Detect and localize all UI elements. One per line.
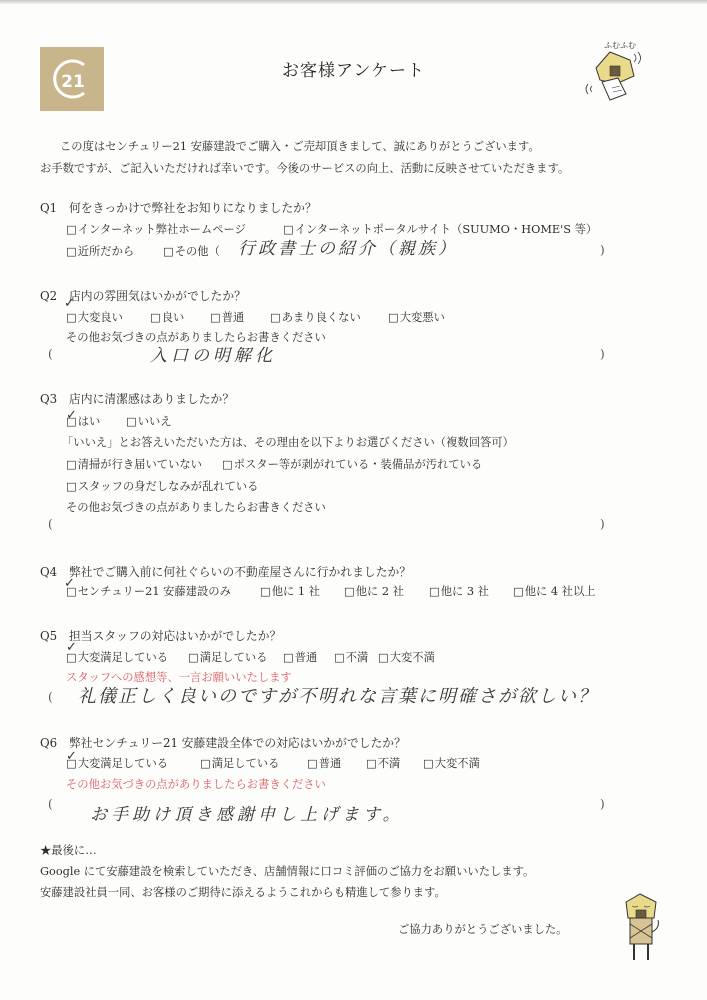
- q3-close-paren: ): [600, 517, 605, 531]
- q3-option-yes[interactable]: はい: [66, 413, 100, 429]
- q1-close-paren: ): [600, 243, 605, 257]
- q3-reason-staff-appearance[interactable]: スタッフの身だしなみが乱れている: [66, 478, 258, 494]
- closing-line-1: Google にて安藤建設を検索していただき、店舗情報に口コミ評価のご協力をお願…: [40, 863, 534, 879]
- q1-other-answer[interactable]: 行政書士の紹介（親族）: [238, 234, 458, 259]
- q5-option-satisfied[interactable]: 満足している: [188, 649, 267, 665]
- q6-open-paren: (: [48, 797, 53, 811]
- q2-open-paren: (: [48, 347, 53, 361]
- q2-option-very-good[interactable]: 大変良い: [66, 309, 123, 325]
- q5-open-paren: (: [48, 690, 53, 704]
- q4-option-three-more[interactable]: 他に 3 社: [429, 583, 489, 599]
- q6-close-paren: ): [600, 797, 605, 811]
- q4-label: Q4 弊社でご購入前に何社ぐらいの不動産屋さんに行かれましたか？: [40, 563, 411, 580]
- scan-edge: [0, 0, 707, 4]
- dog-mascot-writing-icon: ふむふむ: [582, 38, 652, 108]
- q6-option-dissatisfied[interactable]: 不満: [366, 755, 400, 771]
- q4-option-two-more[interactable]: 他に 2 社: [344, 583, 404, 599]
- q3-open-paren: (: [48, 517, 53, 531]
- q2-close-paren: ): [600, 347, 605, 361]
- q3-reason-posters[interactable]: ポスター等が剥がれている・装備品が汚れている: [222, 456, 482, 472]
- q4-option-four-plus[interactable]: 他に 4 社以上: [513, 583, 596, 599]
- q1-option-other[interactable]: その他（: [163, 243, 220, 259]
- q3-option-no[interactable]: いいえ: [126, 413, 172, 429]
- q3-comment-prompt: その他お気づきの点がありましたらお書きください: [66, 499, 326, 515]
- q5-comment-answer[interactable]: 礼儀正しく良いのですが不明れな言葉に明確さが欲しい？: [78, 682, 598, 708]
- q1-option-nearby[interactable]: 近所だから: [66, 243, 134, 259]
- q2-option-very-bad[interactable]: 大変悪い: [388, 309, 445, 325]
- closing-heading: ★最後に…: [40, 842, 97, 858]
- q6-label: Q6 弊社センチュリー21 安藤建設全体での対応はいかがでしたか？: [40, 734, 406, 751]
- q2-option-not-good[interactable]: あまり良くない: [270, 309, 361, 325]
- thanks-message: ご協力ありがとうございました。: [398, 921, 567, 937]
- q1-label: Q1 何をきっかけで弊社をお知りになりましたか？: [40, 199, 317, 216]
- q6-comment-prompt: その他お気づきの点がありましたらお書きください: [66, 776, 326, 792]
- q3-label: Q3 店内に清潔感はありましたか？: [40, 390, 234, 407]
- q6-option-very-satisfied[interactable]: 大変満足している: [66, 755, 168, 771]
- q4-option-one-more[interactable]: 他に 1 社: [260, 583, 320, 599]
- intro-line-2: お手数ですが、ご記入いただければ幸いです。今後のサービスの向上、活動に反映させて…: [40, 160, 569, 176]
- svg-text:ふむふむ: ふむふむ: [604, 41, 636, 50]
- q5-option-dissatisfied[interactable]: 不満: [334, 649, 368, 665]
- q6-option-normal[interactable]: 普通: [307, 755, 341, 771]
- intro-line-1: この度はセンチュリー21 安藤建設でご購入・ご売却頂きまして、誠にありがとうござ…: [60, 138, 540, 154]
- q2-comment-answer[interactable]: 入口の明解化: [150, 341, 276, 366]
- closing-line-2: 安藤建設社員一同、お客様のご期待に添えるようこれからも精進して参ります。: [40, 884, 446, 900]
- q5-option-normal[interactable]: 普通: [283, 649, 317, 665]
- q2-option-good[interactable]: 良い: [150, 309, 184, 325]
- q5-option-very-satisfied[interactable]: 大変満足している: [66, 649, 168, 665]
- q6-option-satisfied[interactable]: 満足している: [200, 755, 279, 771]
- q2-option-normal[interactable]: 普通: [210, 309, 244, 325]
- q5-option-very-dissatisfied[interactable]: 大変不満: [378, 649, 435, 665]
- q4-option-only-us[interactable]: センチュリー21 安藤建設のみ: [66, 583, 231, 599]
- q1-option-homepage[interactable]: インターネット弊社ホームページ: [66, 221, 246, 237]
- q3-reason-prompt: 「いいえ」とお答えいただいた方は、その理由を以下よりお選びください（複数回答可）: [62, 434, 514, 450]
- dog-mascot-bowing-icon: [618, 888, 664, 964]
- q6-comment-answer[interactable]: お手助け頂き感謝申し上げます。: [90, 800, 404, 825]
- q3-reason-cleaning[interactable]: 清掃が行き届いていない: [66, 456, 202, 472]
- q6-option-very-dissatisfied[interactable]: 大変不満: [423, 755, 480, 771]
